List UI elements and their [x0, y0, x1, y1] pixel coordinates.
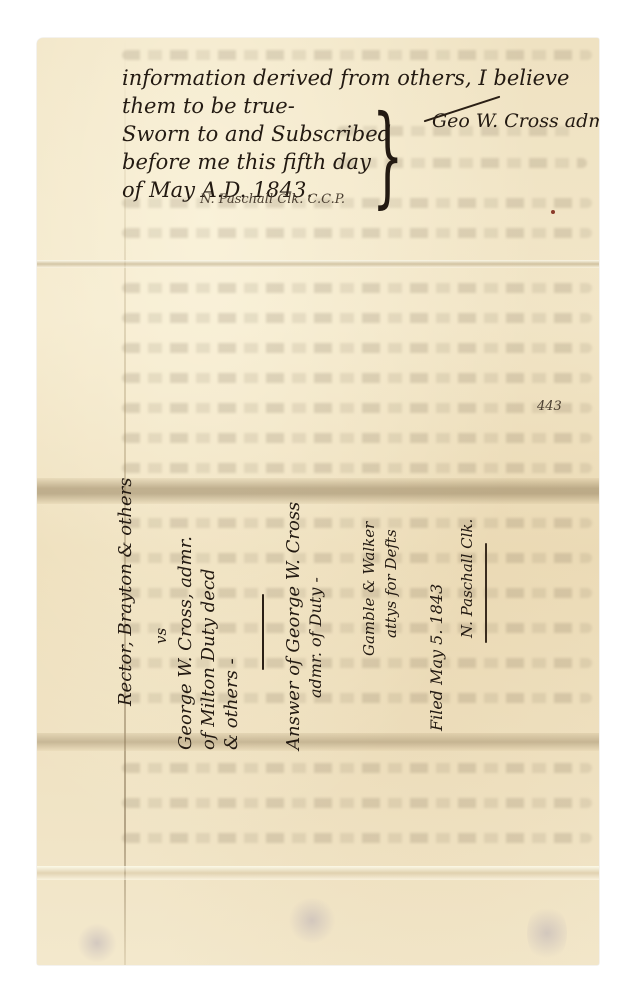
affidavit-line-3: Sworn to and Subscribed: [122, 124, 391, 145]
bleed-through-line: [122, 833, 592, 843]
bleed-through-line: [122, 50, 592, 60]
document-scan: information derived from others, I belie…: [0, 0, 640, 1005]
affidavit-line-4: before me this fifth day: [122, 152, 371, 173]
horizontal-fold-crease: [37, 866, 599, 880]
curly-brace-mark: }: [372, 100, 404, 210]
bleed-through-line: [122, 373, 592, 383]
bleed-through-line: [122, 343, 592, 353]
paper-stain: [77, 923, 117, 963]
answer-line-1: Answer of George W. Cross: [285, 502, 303, 750]
parchment-page: information derived from others, I belie…: [37, 38, 599, 965]
paper-stain: [287, 898, 337, 943]
bleed-through-line: [122, 283, 592, 293]
attorneys-line-2: attys for Defts: [384, 529, 399, 638]
bleed-through-line: [122, 313, 592, 323]
horizontal-fold-crease: [37, 733, 599, 751]
bleed-through-line: [122, 763, 592, 773]
filed-clerk-signature: N. Paschall Clk.: [460, 519, 475, 638]
bleed-through-line: [122, 518, 592, 528]
bleed-through-line: [122, 463, 592, 473]
defendant-line-3: & others -: [223, 658, 241, 750]
bleed-through-line: [122, 228, 592, 238]
defendant-line-2: of Milton Duty decd: [200, 569, 218, 750]
paper-stain: [527, 903, 567, 963]
margin-mark: 443: [537, 400, 562, 413]
clerk-underline: [485, 543, 487, 643]
case-title: Rector, Brayton & others: [117, 478, 135, 706]
answer-line-2: admr. of Duty -: [308, 577, 324, 698]
filed-date: Filed May 5. 1843: [429, 584, 445, 731]
defendant-line-1: George W. Cross, admr.: [177, 536, 195, 750]
affidavit-line-1: information derived from others, I belie…: [122, 68, 569, 89]
versus-label: vs: [154, 628, 169, 644]
bleed-through-line: [122, 798, 592, 808]
separator-stroke: [262, 594, 264, 670]
affiant-signature: Geo W. Cross admr: [432, 112, 599, 131]
ink-spot: [551, 210, 555, 214]
affidavit-line-2: them to be true-: [122, 96, 295, 117]
horizontal-fold-crease: [37, 260, 599, 268]
attorneys-line-1: Gamble & Walker: [362, 522, 377, 656]
bleed-through-line: [122, 403, 592, 413]
bleed-through-line: [122, 433, 592, 443]
clerk-signature: N. Paschall Clk. C.C.P.: [200, 193, 345, 206]
